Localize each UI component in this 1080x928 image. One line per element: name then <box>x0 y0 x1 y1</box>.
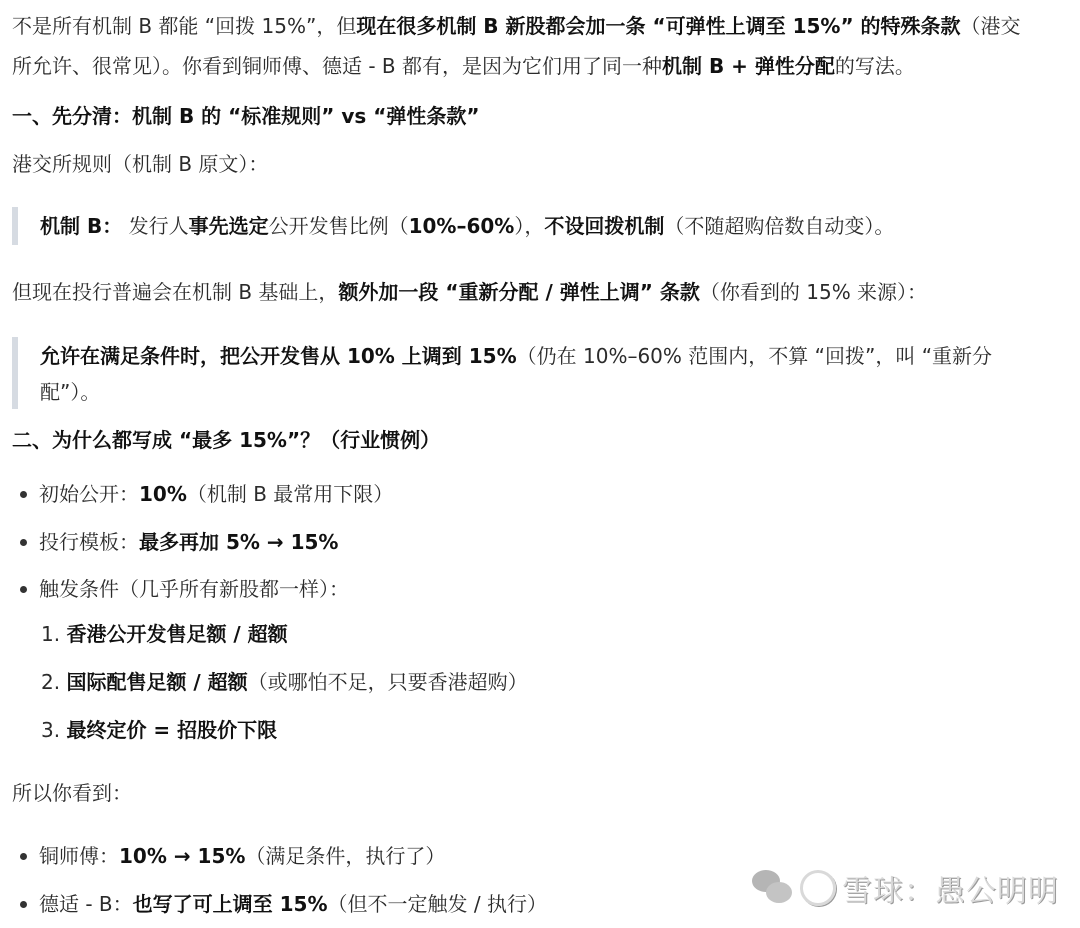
text: 的写法。 <box>835 54 915 78</box>
bold-text: 国际配售足额 / 超额 <box>66 670 247 694</box>
condition-text: 最终定价 = 招股价下限 <box>66 718 277 742</box>
bold-text: 10% → 15% <box>119 844 245 868</box>
condition-item-3: 3. 最终定价 = 招股价下限 <box>41 714 277 746</box>
text: 但现在投行普遍会在机制 B 基础上， <box>12 280 338 304</box>
wechat-icon <box>752 870 794 906</box>
text: （满足条件，执行了） <box>245 844 445 868</box>
section-1-heading: 一、先分清：机制 B 的 “标准规则” vs “弹性条款” <box>12 100 480 132</box>
text: 不是所有机制 B 都能 “回拨 15%”，但 <box>12 14 356 38</box>
condition-number: 3. <box>41 718 60 742</box>
text: 所允许、很常见）。你看到铜师傅、德适 - B 都有，是因为它们用了同一种 <box>12 54 662 78</box>
condition-item-1: 1. 香港公开发售足额 / 超额 <box>41 618 288 650</box>
quote-flex-line-2: 配”）。 <box>40 376 100 408</box>
bullet-dot <box>20 539 27 546</box>
condition-text: 香港公开发售足额 / 超额 <box>66 622 287 646</box>
list-item-trigger: 触发条件（几乎所有新股都一样）： <box>39 573 349 605</box>
para-flex-clause: 但现在投行普遍会在机制 B 基础上，额外加一段 “重新分配 / 弹性上调” 条款… <box>12 276 927 308</box>
text: ）， <box>514 214 544 238</box>
bold-text: 事先选定 <box>189 214 269 238</box>
text: （不随超购倍数自动变）。 <box>664 214 894 238</box>
text: 投行模板： <box>39 530 139 554</box>
text: 发行人 <box>122 214 188 238</box>
condition-item-2: 2. 国际配售足额 / 超额（或哪怕不足，只要香港超购） <box>41 666 528 698</box>
quote-flex-line-1: 允许在满足条件时，把公开发售从 10% 上调到 15%（仍在 10%–60% 范… <box>40 340 992 372</box>
bold-text: 不设回拨机制 <box>544 214 664 238</box>
text: （你看到的 15% 来源）： <box>700 280 927 304</box>
text: 配”）。 <box>40 380 100 404</box>
quote-mechanism-b: 机制 B： 发行人事先选定公开发售比例（10%–60%），不设回拨机制（不随超购… <box>40 210 894 242</box>
bold-text: 香港公开发售足额 / 超额 <box>66 622 287 646</box>
condition-text: 国际配售足额 / 超额（或哪怕不足，只要香港超购） <box>66 670 527 694</box>
bold-text: 允许在满足条件时，把公开发售从 10% 上调到 15% <box>40 344 517 368</box>
intro-line-2: 所允许、很常见）。你看到铜师傅、德适 - B 都有，是因为它们用了同一种机制 B… <box>12 50 915 82</box>
intro-line-1: 不是所有机制 B 都能 “回拨 15%”，但现在很多机制 B 新股都会加一条 “… <box>12 10 1021 42</box>
bold-text: 最多再加 5% → 15% <box>139 530 338 554</box>
bullet-dot <box>20 853 27 860</box>
list-item-template: 投行模板：最多再加 5% → 15% <box>39 526 338 558</box>
text: （港交 <box>961 14 1021 38</box>
text: （或哪怕不足，只要香港超购） <box>248 670 528 694</box>
list-item-initial: 初始公开：10%（机制 B 最常用下限） <box>39 478 393 510</box>
bullet-dot <box>20 586 27 593</box>
text: （仍在 10%–60% 范围内，不算 “回拨”，叫 “重新分 <box>517 344 992 368</box>
bold-text: 最终定价 = 招股价下限 <box>66 718 277 742</box>
bold-text: 机制 B： <box>40 214 122 238</box>
text: （机制 B 最常用下限） <box>187 482 393 506</box>
quote-bar-1 <box>12 207 18 245</box>
text: （但不一定触发 / 执行） <box>328 892 547 916</box>
condition-number: 2. <box>41 670 60 694</box>
bold-text: 10%–60% <box>409 214 515 238</box>
section-2-heading: 二、为什么都写成 “最多 15%”？（行业惯例） <box>12 424 440 456</box>
text: 铜师傅： <box>39 844 119 868</box>
conclusion-intro: 所以你看到： <box>12 777 132 809</box>
bold-text: 10% <box>139 482 187 506</box>
rule-intro: 港交所规则（机制 B 原文）： <box>12 148 268 180</box>
list-item-deshi: 德适 - B：也写了可上调至 15%（但不一定触发 / 执行） <box>39 888 547 920</box>
text: 触发条件（几乎所有新股都一样）： <box>39 577 349 601</box>
bold-text: 现在很多机制 B 新股都会加一条 “可弹性上调至 15%” 的特殊条款 <box>356 14 960 38</box>
list-item-tongshifu: 铜师傅：10% → 15%（满足条件，执行了） <box>39 840 445 872</box>
xueqiu-logo-icon <box>800 870 836 906</box>
watermark: 雪球：愚公明明 <box>752 866 1059 910</box>
text: 初始公开： <box>39 482 139 506</box>
bullet-dot <box>20 901 27 908</box>
bold-text: 额外加一段 “重新分配 / 弹性上调” 条款 <box>338 280 699 304</box>
bullet-dot <box>20 491 27 498</box>
condition-number: 1. <box>41 622 60 646</box>
bold-text: 也写了可上调至 15% <box>133 892 328 916</box>
text: 公开发售比例（ <box>269 214 409 238</box>
watermark-text: 雪球：愚公明明 <box>842 866 1059 910</box>
bold-text: 机制 B + 弹性分配 <box>662 54 835 78</box>
text: 德适 - B： <box>39 892 133 916</box>
quote-bar-2 <box>12 337 18 409</box>
